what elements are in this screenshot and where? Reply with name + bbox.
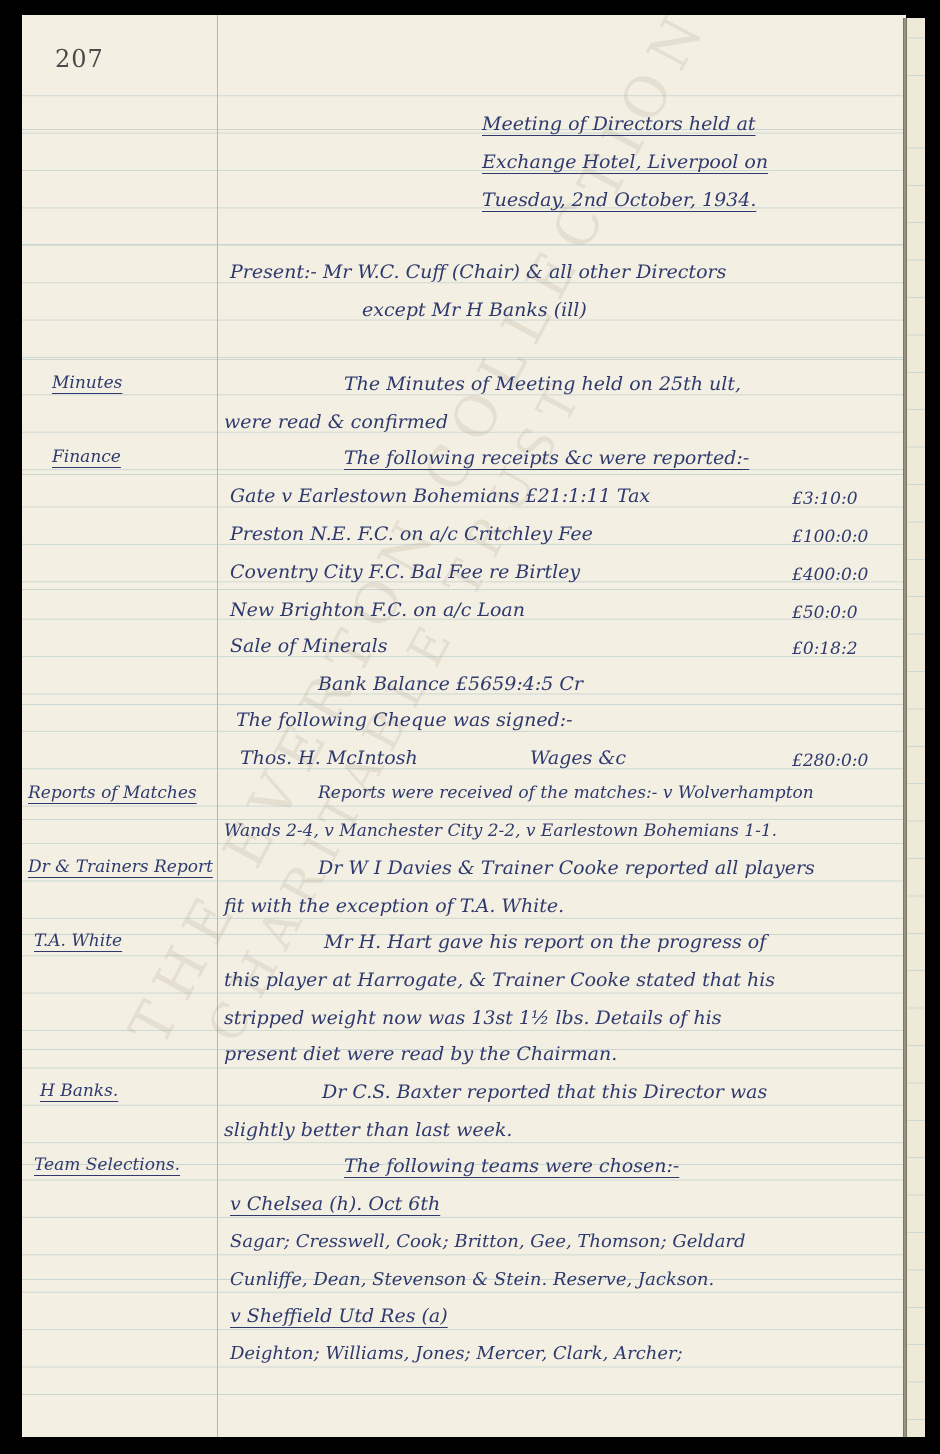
white-line2: this player at Harrogate, & Trainer Cook…: [224, 971, 775, 990]
cheque-amount: £280:0:0: [792, 751, 868, 771]
heading-line1: Meeting of Directors held at: [482, 115, 756, 134]
receipt-4-amount: £50:0:0: [792, 603, 858, 623]
heading-line2: Exchange Hotel, Liverpool on: [482, 153, 768, 172]
page-number: 207: [55, 45, 104, 73]
receipt-1-description: Gate v Earlestown Bohemians £21:1:11 Tax: [230, 487, 650, 506]
ledger-page: THE EVERTON COLLECTION CHARITABLE TRUST …: [22, 15, 906, 1437]
reports-line1: Reports were received of the matches:- v…: [318, 785, 814, 802]
receipt-1-amount: £3:10:0: [792, 489, 858, 509]
reports-line2: Wands 2-4, v Manchester City 2-2, v Earl…: [224, 823, 777, 840]
match-2-title: v Sheffield Utd Res (a): [230, 1307, 448, 1326]
receipt-3-description: Coventry City F.C. Bal Fee re Birtley: [230, 563, 580, 582]
receipt-2-description: Preston N.E. F.C. on a/c Critchley Fee: [230, 525, 593, 544]
team-1-line1: Sagar; Cresswell, Cook; Britton, Gee, Th…: [230, 1233, 746, 1251]
margin-label-h-banks: H Banks.: [40, 1083, 118, 1100]
teams-intro: The following teams were chosen:-: [344, 1157, 679, 1176]
margin-label-minutes: Minutes: [52, 375, 122, 392]
dr-report-line2: fit with the exception of T.A. White.: [224, 897, 564, 916]
dr-report-line1: Dr W I Davies & Trainer Cooke reported a…: [318, 859, 815, 878]
present-line1: Present:- Mr W.C. Cuff (Chair) & all oth…: [230, 263, 726, 282]
margin-rule: [217, 15, 218, 1437]
margin-label-team-selections: Team Selections.: [34, 1157, 180, 1174]
cheque-intro: The following Cheque was signed:-: [236, 711, 573, 730]
white-line3: stripped weight now was 13st 1½ lbs. Det…: [224, 1009, 722, 1028]
match-1-title: v Chelsea (h). Oct 6th: [230, 1195, 440, 1214]
adjacent-page-edge: [907, 18, 925, 1437]
margin-label-dr-trainers-report: Dr & Trainers Report: [28, 859, 213, 876]
white-line4: present diet were read by the Chairman.: [224, 1045, 617, 1064]
team-1-line2: Cunliffe, Dean, Stevenson & Stein. Reser…: [230, 1271, 714, 1289]
bank-balance: Bank Balance £5659:4:5 Cr: [318, 675, 583, 694]
margin-label-reports-of-matches: Reports of Matches: [28, 785, 197, 802]
cheque-payee: Thos. H. McIntosh: [240, 749, 418, 768]
receipt-4-description: New Brighton F.C. on a/c Loan: [230, 601, 525, 620]
receipt-5-description: Sale of Minerals: [230, 637, 387, 656]
receipt-2-amount: £100:0:0: [792, 527, 868, 547]
ruled-lines: [22, 93, 906, 1377]
minutes-line2: were read & confirmed: [224, 413, 448, 432]
team-2-line1: Deighton; Williams, Jones; Mercer, Clark…: [230, 1345, 683, 1363]
minutes-line1: The Minutes of Meeting held on 25th ult,: [344, 375, 741, 394]
margin-label-finance: Finance: [52, 449, 121, 466]
banks-line1: Dr C.S. Baxter reported that this Direct…: [322, 1083, 767, 1102]
heading-line3: Tuesday, 2nd October, 1934.: [482, 191, 756, 210]
receipt-3-amount: £400:0:0: [792, 565, 868, 585]
white-line1: Mr H. Hart gave his report on the progre…: [324, 933, 766, 952]
cheque-purpose: Wages &c: [530, 749, 626, 768]
finance-intro: The following receipts &c were reported:…: [344, 449, 749, 468]
receipt-5-amount: £0:18:2: [792, 639, 858, 659]
present-line2: except Mr H Banks (ill): [362, 301, 587, 320]
banks-line2: slightly better than last week.: [224, 1121, 512, 1140]
margin-label-ta-white: T.A. White: [34, 933, 122, 950]
